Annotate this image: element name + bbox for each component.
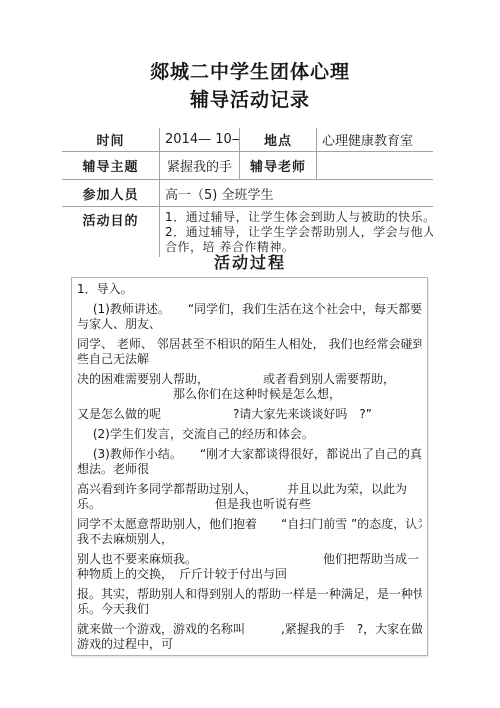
process-paragraph: 报。其实，帮助别人和得到别人的帮助一样是一种满足，是一种快 乐。今天我们	[77, 587, 422, 617]
date-fragment: —	[196, 150, 207, 152]
process-paragraph: 决的困难需要别人帮助， 或者看到别人需要帮助， 那么你们在这种时候是怎么想，	[77, 372, 422, 402]
process-content-box: 1．导入。 (1)教师讲述。 “同学们，我们生活在这个社会中，每天都要 与家人、…	[71, 277, 428, 656]
process-paragraph: 同学、 老师、 邻居甚至不相识的陌生人相处， 我们也经常会碰到一 些自己无法解	[77, 337, 422, 367]
document-title-line2: 辅导活动记录	[0, 86, 500, 114]
process-paragraph: 高兴看到许多同学都帮助过别人， 并且以此为荣，以此为 乐。 但是我也听说有些	[77, 482, 422, 512]
participants-value: 高一（5) 全班学生	[160, 180, 433, 207]
process-paragraph: 就来做一个游戏，游戏的名称叫 ,紧握我的手 ?，大家在做这个 游戏的过程中，可	[77, 622, 422, 652]
location-value: 心理健康教育室	[317, 128, 433, 152]
location-label: 地点	[240, 128, 317, 152]
info-table: 时间 2014— 10—— 地点 心理健康教育室 辅导主题 紧握我的手 辅导老师…	[62, 128, 433, 257]
document-title-line1: 郯城二中学生团体心理	[0, 58, 500, 86]
document-title: 郯城二中学生团体心理 辅导活动记录	[0, 58, 500, 114]
process-heading: 活动过程	[0, 250, 500, 273]
process-paragraph: (3)教师作小结。 “刚才大家都谈得很好，都说出了自己的真实 想法。老师很	[77, 447, 422, 477]
teacher-label: 辅导老师	[240, 152, 317, 180]
process-paragraph: 同学不太愿意帮助别人，他们抱着 “自扫门前雪 ”的态度，认为 我不去麻烦别人，	[77, 517, 422, 547]
process-paragraph: (1)教师讲述。 “同学们，我们生活在这个社会中，每天都要 与家人、朋友、	[77, 302, 422, 332]
topic-label: 辅导主题	[62, 152, 160, 180]
participants-label: 参加人员	[62, 180, 160, 207]
time-label: 时间	[62, 128, 160, 152]
process-paragraph: (2)学生们发言，交流自己的经历和体会。	[77, 427, 422, 442]
teacher-value	[317, 152, 433, 180]
process-paragraph: 别人也不要来麻烦我。 他们把帮助当成一 种物质上的交换， 斤斤计较于付出与回	[77, 552, 422, 582]
time-value-text: 2014— 10—	[165, 132, 240, 147]
process-paragraph: 1．导入。	[77, 282, 422, 297]
topic-value: 紧握我的手	[160, 152, 240, 180]
process-paragraph: 又是怎么做的呢 ?请大家先来谈谈好吗 ?”	[77, 407, 422, 422]
time-value: 2014— 10——	[160, 128, 240, 152]
document-page: 郯城二中学生团体心理 辅导活动记录 时间 2014— 10—— 地点 心理健康教…	[0, 0, 500, 708]
